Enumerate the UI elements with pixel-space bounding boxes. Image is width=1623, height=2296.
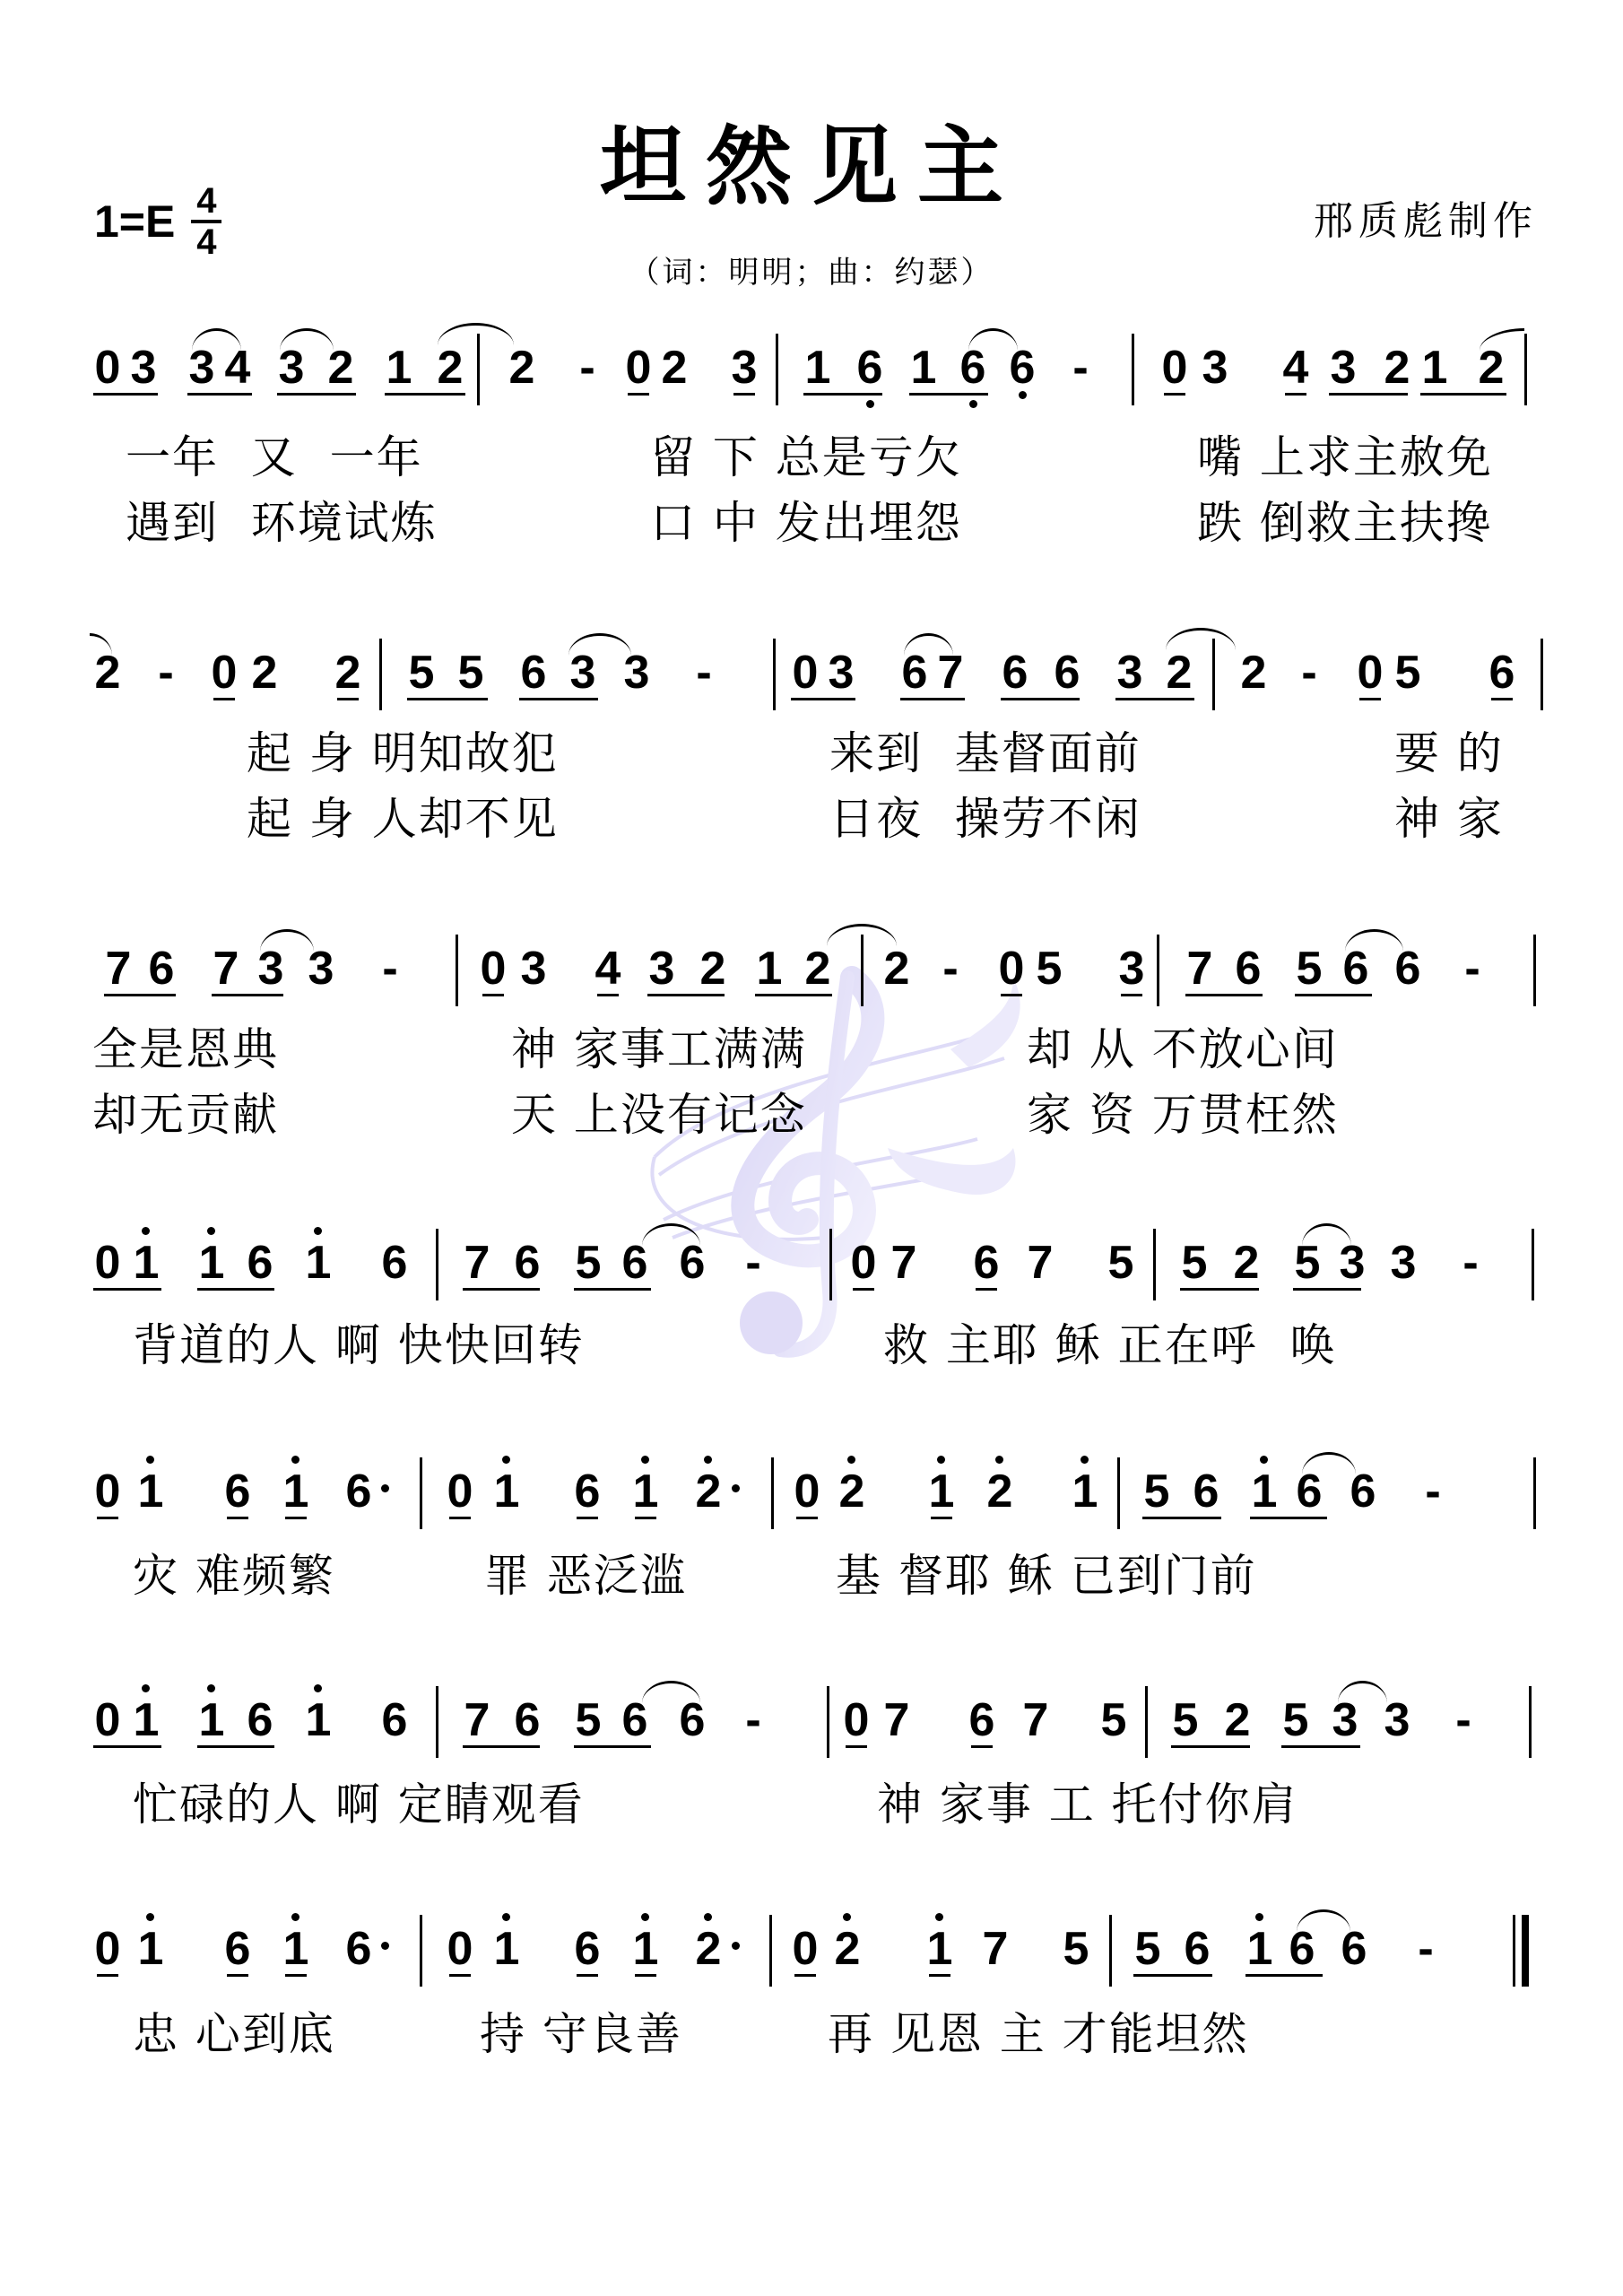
lyric-line-1-verse-1b: 留 下 总是亏欠: [650, 430, 962, 484]
notation-line-6: 01 16 1 6 76 56 6- 07 6 7 5 52 53 3-: [0, 1693, 1623, 1774]
lyric-line-3-verse-2c: 家 资 万贯枉然: [1027, 1088, 1339, 1142]
notation-line-1: 03 34 32 12 2- 02 3 16 16 6 - 03 4 32 12: [0, 341, 1623, 422]
lyric-line-5-c: 基 督耶 稣 已到门前: [836, 1549, 1257, 1603]
lyric-line-7-b: 持 守良善: [480, 2007, 682, 2061]
lyric-line-2-verse-1b: 来到 基督面前: [829, 726, 1141, 780]
lyric-line-1-verse-2b: 口 中 发出埋怨: [650, 496, 962, 550]
notation-line-2: 2- 02 2 55 63 3- 03 67 66 32 2- 05 6: [0, 646, 1623, 726]
lyric-line-1-verse-2a: 遇到 环境试炼: [126, 496, 438, 550]
notation-line-3: 76 73 3- 03 4 32 12 2- 05 3 76 56 6-: [0, 942, 1623, 1022]
key-label: 1=E: [94, 196, 175, 248]
lyric-line-1-verse-1a: 一年 又 一年: [126, 430, 423, 484]
lyric-line-6-a: 忙碌的人 啊 定睛观看: [133, 1778, 585, 1831]
notation-line-5: 01 6 1 6 01 6 1 2 02 1 2 1 56 16 6-: [0, 1465, 1623, 1545]
lyric-line-2-verse-1c: 要 的: [1394, 726, 1504, 780]
notation-line-7: 01 6 1 6 01 6 1 2 02 1 7 5 56 16 6-: [0, 1922, 1623, 2003]
lyric-line-7-a: 忠 心到底: [133, 2007, 335, 2061]
lyric-line-7-c: 再 见恩 主 才能坦然: [828, 2007, 1249, 2061]
lyric-line-4-b: 救 主耶 稣 正在呼 唤: [883, 1318, 1336, 1372]
time-numerator: 4: [196, 184, 216, 218]
lyric-line-2-verse-1a: 起 身 明知故犯: [247, 726, 559, 780]
notation-line-4: 01 16 1 6 76 56 6- 07 6 7 5 52 53 3-: [0, 1236, 1623, 1317]
lyric-line-4-a: 背道的人 啊 快快回转: [133, 1318, 585, 1372]
lyric-line-5-a: 灾 难频繁: [133, 1549, 335, 1603]
lyric-line-2-verse-2c: 神 家: [1394, 792, 1504, 846]
lyric-line-3-verse-1b: 神 家事工满满: [511, 1022, 807, 1076]
arranger-credit: 邢质彪制作: [1314, 188, 1538, 246]
lyric-line-2-verse-2a: 起 身 人却不见: [247, 792, 559, 846]
lyric-line-6-b: 神 家事 工 托付你肩: [877, 1778, 1298, 1831]
lyric-line-5-b: 罪 恶泛滥: [484, 1549, 687, 1603]
lyric-line-3-verse-1c: 却 从 不放心间: [1027, 1022, 1339, 1076]
lyric-line-1-verse-2c: 跌 倒救主扶搀: [1197, 496, 1493, 550]
lyricist-composer: （词：明明；曲：约瑟）: [0, 248, 1623, 291]
lyric-line-3-verse-2b: 天 上没有记念: [511, 1088, 807, 1142]
lyric-line-3-verse-2a: 却无贡献: [92, 1088, 279, 1142]
lyric-line-2-verse-2b: 日夜 操劳不闲: [829, 792, 1141, 846]
lyric-line-1-verse-1c: 嘴 上求主赦免: [1197, 430, 1493, 484]
lyric-line-3-verse-1a: 全是恩典: [92, 1022, 279, 1076]
